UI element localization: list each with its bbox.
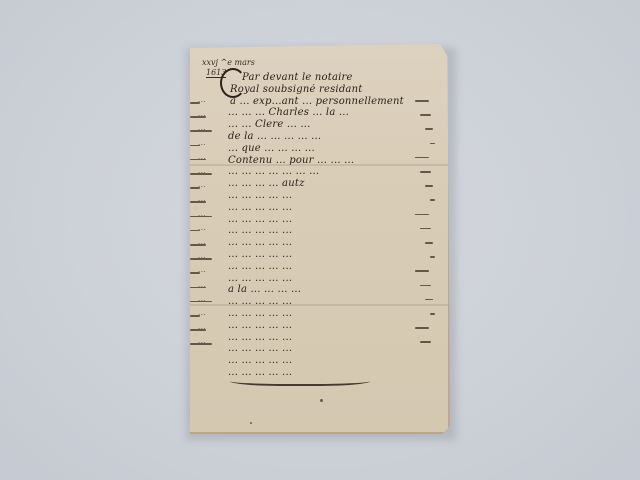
line-filler-stroke xyxy=(190,329,206,331)
manuscript-line: ... ... ... ... ... xyxy=(228,308,438,320)
line-filler-stroke xyxy=(190,216,212,218)
manuscript-line: ... ... ... ... ... xyxy=(228,261,438,273)
line-end-stroke xyxy=(420,341,431,343)
line-filler-stroke xyxy=(190,272,200,274)
line-end-stroke xyxy=(425,242,433,244)
manuscript-line: ... ... ... ... ... xyxy=(228,296,438,308)
manuscript-page: xxvj ^e mars 1613 Par devant le notaireR… xyxy=(190,44,450,434)
manuscript-line: ... ... ... ... ... ... ... xyxy=(228,166,438,178)
manuscript-line: ... ... Clere ... ... xyxy=(228,119,438,131)
manuscript-line: ... ... ... ... ... xyxy=(228,249,438,261)
manuscript-line: ... ... ... ... ... xyxy=(228,225,438,237)
closing-flourish xyxy=(230,374,370,386)
manuscript-line: a la ... ... ... ... xyxy=(228,284,438,296)
manuscript-line: ... ... ... ... ... xyxy=(228,355,438,367)
manuscript-line: ... que ... ... ... ... xyxy=(228,143,438,155)
line-end-stroke xyxy=(415,327,429,329)
line-end-stroke xyxy=(430,313,435,315)
line-filler-stroke xyxy=(190,343,212,345)
line-end-stroke xyxy=(415,100,429,102)
line-end-stroke xyxy=(425,185,433,187)
paper-speck xyxy=(250,422,252,424)
line-filler-stroke xyxy=(190,102,200,104)
line-end-stroke xyxy=(430,199,435,201)
line-filler-stroke xyxy=(190,145,200,147)
manuscript-line: ... ... ... Charles ... la ... xyxy=(228,107,438,119)
manuscript-line: ... ... ... ... ... xyxy=(228,202,438,214)
line-filler-stroke xyxy=(190,116,206,118)
line-filler-stroke xyxy=(190,173,212,175)
line-filler-stroke xyxy=(190,315,200,317)
line-end-stroke xyxy=(420,171,431,173)
line-filler-stroke xyxy=(190,244,206,246)
manuscript-line: ... ... ... ... ... xyxy=(228,190,438,202)
manuscript-line: de la ... ... ... ... ... xyxy=(228,131,438,143)
line-filler-stroke xyxy=(190,130,212,132)
manuscript-line: Contenu ... pour ... ... ... xyxy=(228,155,438,167)
line-filler-stroke xyxy=(190,258,212,260)
line-end-stroke xyxy=(420,285,431,287)
line-filler-stroke xyxy=(190,187,200,189)
manuscript-line: ... ... ... ... ... xyxy=(228,320,438,332)
line-filler-stroke xyxy=(190,287,206,289)
manuscript-line: Royal soubsigné residant xyxy=(230,84,438,96)
manuscript-line: ... ... ... ... ... xyxy=(228,237,438,249)
header-date: xxvj ^e mars xyxy=(202,58,255,67)
manuscript-line: a ... exp...ant ... personnellement xyxy=(230,96,438,108)
line-filler-stroke xyxy=(190,201,206,203)
manuscript-line: ... ... ... ... autz xyxy=(228,178,438,190)
line-end-stroke xyxy=(420,114,431,116)
line-end-stroke xyxy=(415,214,429,216)
manuscript-line: ... ... ... ... ... xyxy=(228,332,438,344)
manuscript-line: Par devant le notaire xyxy=(242,72,438,84)
manuscript-line: ... ... ... ... ... xyxy=(228,343,438,355)
line-end-stroke xyxy=(430,256,435,258)
paper-speck xyxy=(320,399,323,402)
manuscript-line: ... ... ... ... ... xyxy=(228,273,438,285)
line-end-stroke xyxy=(425,128,433,130)
line-end-stroke xyxy=(430,143,435,145)
manuscript-line: ... ... ... ... ... xyxy=(228,214,438,226)
line-end-stroke xyxy=(415,270,429,272)
